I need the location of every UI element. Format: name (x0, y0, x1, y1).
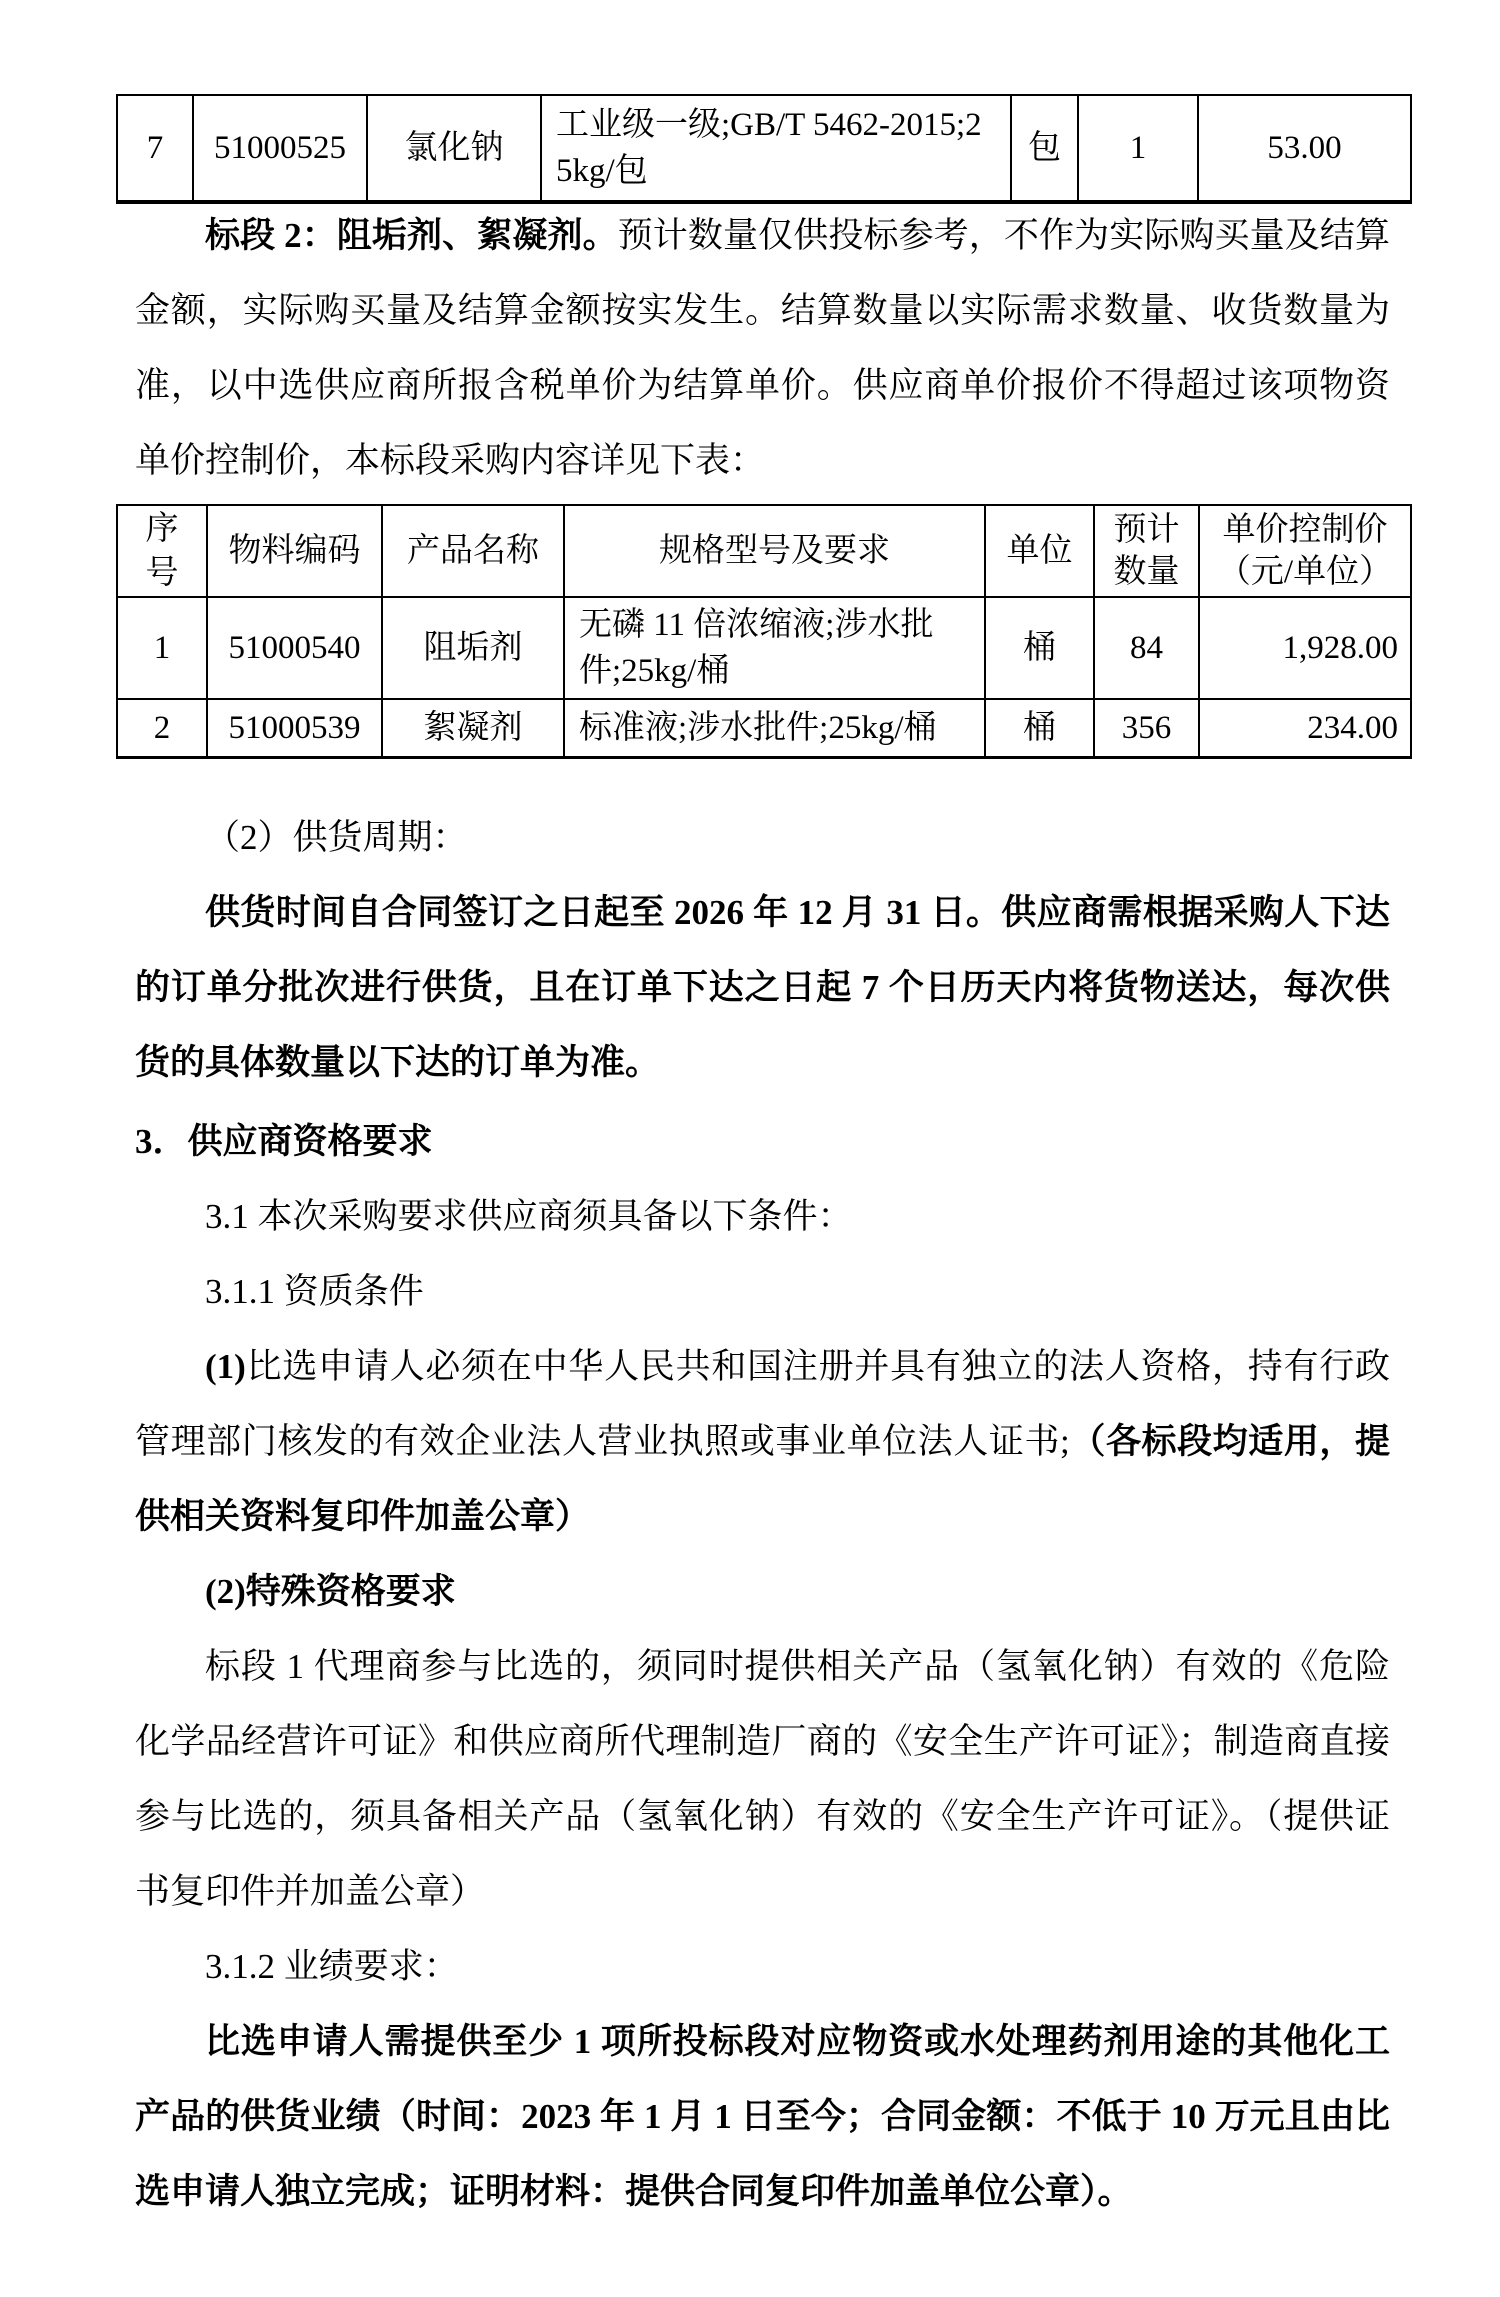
lot2-items-table: 序号 物料编码 产品名称 规格型号及要求 单位 预计数量 单价控制价（元/单位）… (116, 504, 1412, 759)
cell-unit: 包 (1011, 95, 1078, 202)
cell-price: 1,928.00 (1199, 597, 1411, 699)
header-spec: 规格型号及要求 (564, 505, 985, 597)
document-page: 7 51000525 氯化钠 工业级一级;GB/T 5462-2015;25kg… (0, 0, 1500, 2297)
cell-spec: 工业级一级;GB/T 5462-2015;25kg/包 (541, 95, 1011, 202)
cell-unit: 桶 (985, 699, 1094, 758)
section3-1-2: 3.1.2 业绩要求： (135, 1929, 1390, 2004)
supply-period-heading: （2）供货周期： (135, 800, 1390, 875)
cell-product-name: 氯化钠 (367, 95, 541, 202)
cell-price: 53.00 (1198, 95, 1411, 202)
cell-material-code: 51000540 (207, 597, 382, 699)
cell-material-code: 51000539 (207, 699, 382, 758)
cell-seq: 2 (117, 699, 207, 758)
cell-qty: 1 (1078, 95, 1198, 202)
cell-qty: 84 (1094, 597, 1199, 699)
lot2-intro-paragraph: 标段 2：阻垢剂、絮凝剂。预计数量仅供投标参考，不作为实际购买量及结算金额，实际… (135, 198, 1390, 498)
cell-seq: 1 (117, 597, 207, 699)
lot1-items-table-continued: 7 51000525 氯化钠 工业级一级;GB/T 5462-2015;25kg… (116, 94, 1412, 204)
table-row: 7 51000525 氯化钠 工业级一级;GB/T 5462-2015;25kg… (117, 95, 1411, 202)
cell-product-name: 絮凝剂 (382, 699, 564, 758)
cell-price: 234.00 (1199, 699, 1411, 758)
header-material-code: 物料编码 (207, 505, 382, 597)
requirement1-paragraph: (1)比选申请人必须在中华人民共和国注册并具有独立的法人资格，持有行政管理部门核… (135, 1329, 1390, 1554)
cell-spec: 标准液;涉水批件;25kg/桶 (564, 699, 985, 758)
requirement2-body: 标段 1 代理商参与比选的，须同时提供相关产品（氢氧化钠）有效的《危险化学品经营… (135, 1629, 1390, 1929)
section3-1-1: 3.1.1 资质条件 (135, 1254, 1390, 1329)
cell-unit: 桶 (985, 597, 1094, 699)
table-header-row: 序号 物料编码 产品名称 规格型号及要求 单位 预计数量 单价控制价（元/单位） (117, 505, 1411, 597)
lot2-bold-lead: 标段 2：阻垢剂、絮凝剂。 (205, 216, 618, 255)
section3-1: 3.1 本次采购要求供应商须具备以下条件： (135, 1179, 1390, 1254)
cell-product-name: 阻垢剂 (382, 597, 564, 699)
lot2-intro-text: 预计数量仅供投标参考，不作为实际购买量及结算金额，实际购买量及结算金额按实发生。… (135, 216, 1390, 480)
requirement1-number: (1) (205, 1347, 246, 1386)
table-row: 2 51000539 絮凝剂 标准液;涉水批件;25kg/桶 桶 356 234… (117, 699, 1411, 758)
supply-period-body: 供货时间自合同签订之日起至 2026 年 12 月 31 日。供应商需根据采购人… (135, 875, 1390, 1100)
cell-seq: 7 (117, 95, 193, 202)
header-product-name: 产品名称 (382, 505, 564, 597)
section3-heading: 3．供应商资格要求 (135, 1104, 1390, 1179)
header-seq: 序号 (117, 505, 207, 597)
cell-material-code: 51000525 (193, 95, 367, 202)
header-seq-label: 序号 (145, 507, 180, 595)
table-row: 1 51000540 阻垢剂 无磷 11 倍浓缩液;涉水批件;25kg/桶 桶 … (117, 597, 1411, 699)
header-qty: 预计数量 (1094, 505, 1199, 597)
header-unit: 单位 (985, 505, 1094, 597)
section3-1-2-body: 比选申请人需提供至少 1 项所投标段对应物资或水处理药剂用途的其他化工产品的供货… (135, 2004, 1390, 2229)
cell-spec: 无磷 11 倍浓缩液;涉水批件;25kg/桶 (564, 597, 985, 699)
cell-qty: 356 (1094, 699, 1199, 758)
requirement2-heading: (2)特殊资格要求 (135, 1554, 1390, 1629)
header-price: 单价控制价（元/单位） (1199, 505, 1411, 597)
